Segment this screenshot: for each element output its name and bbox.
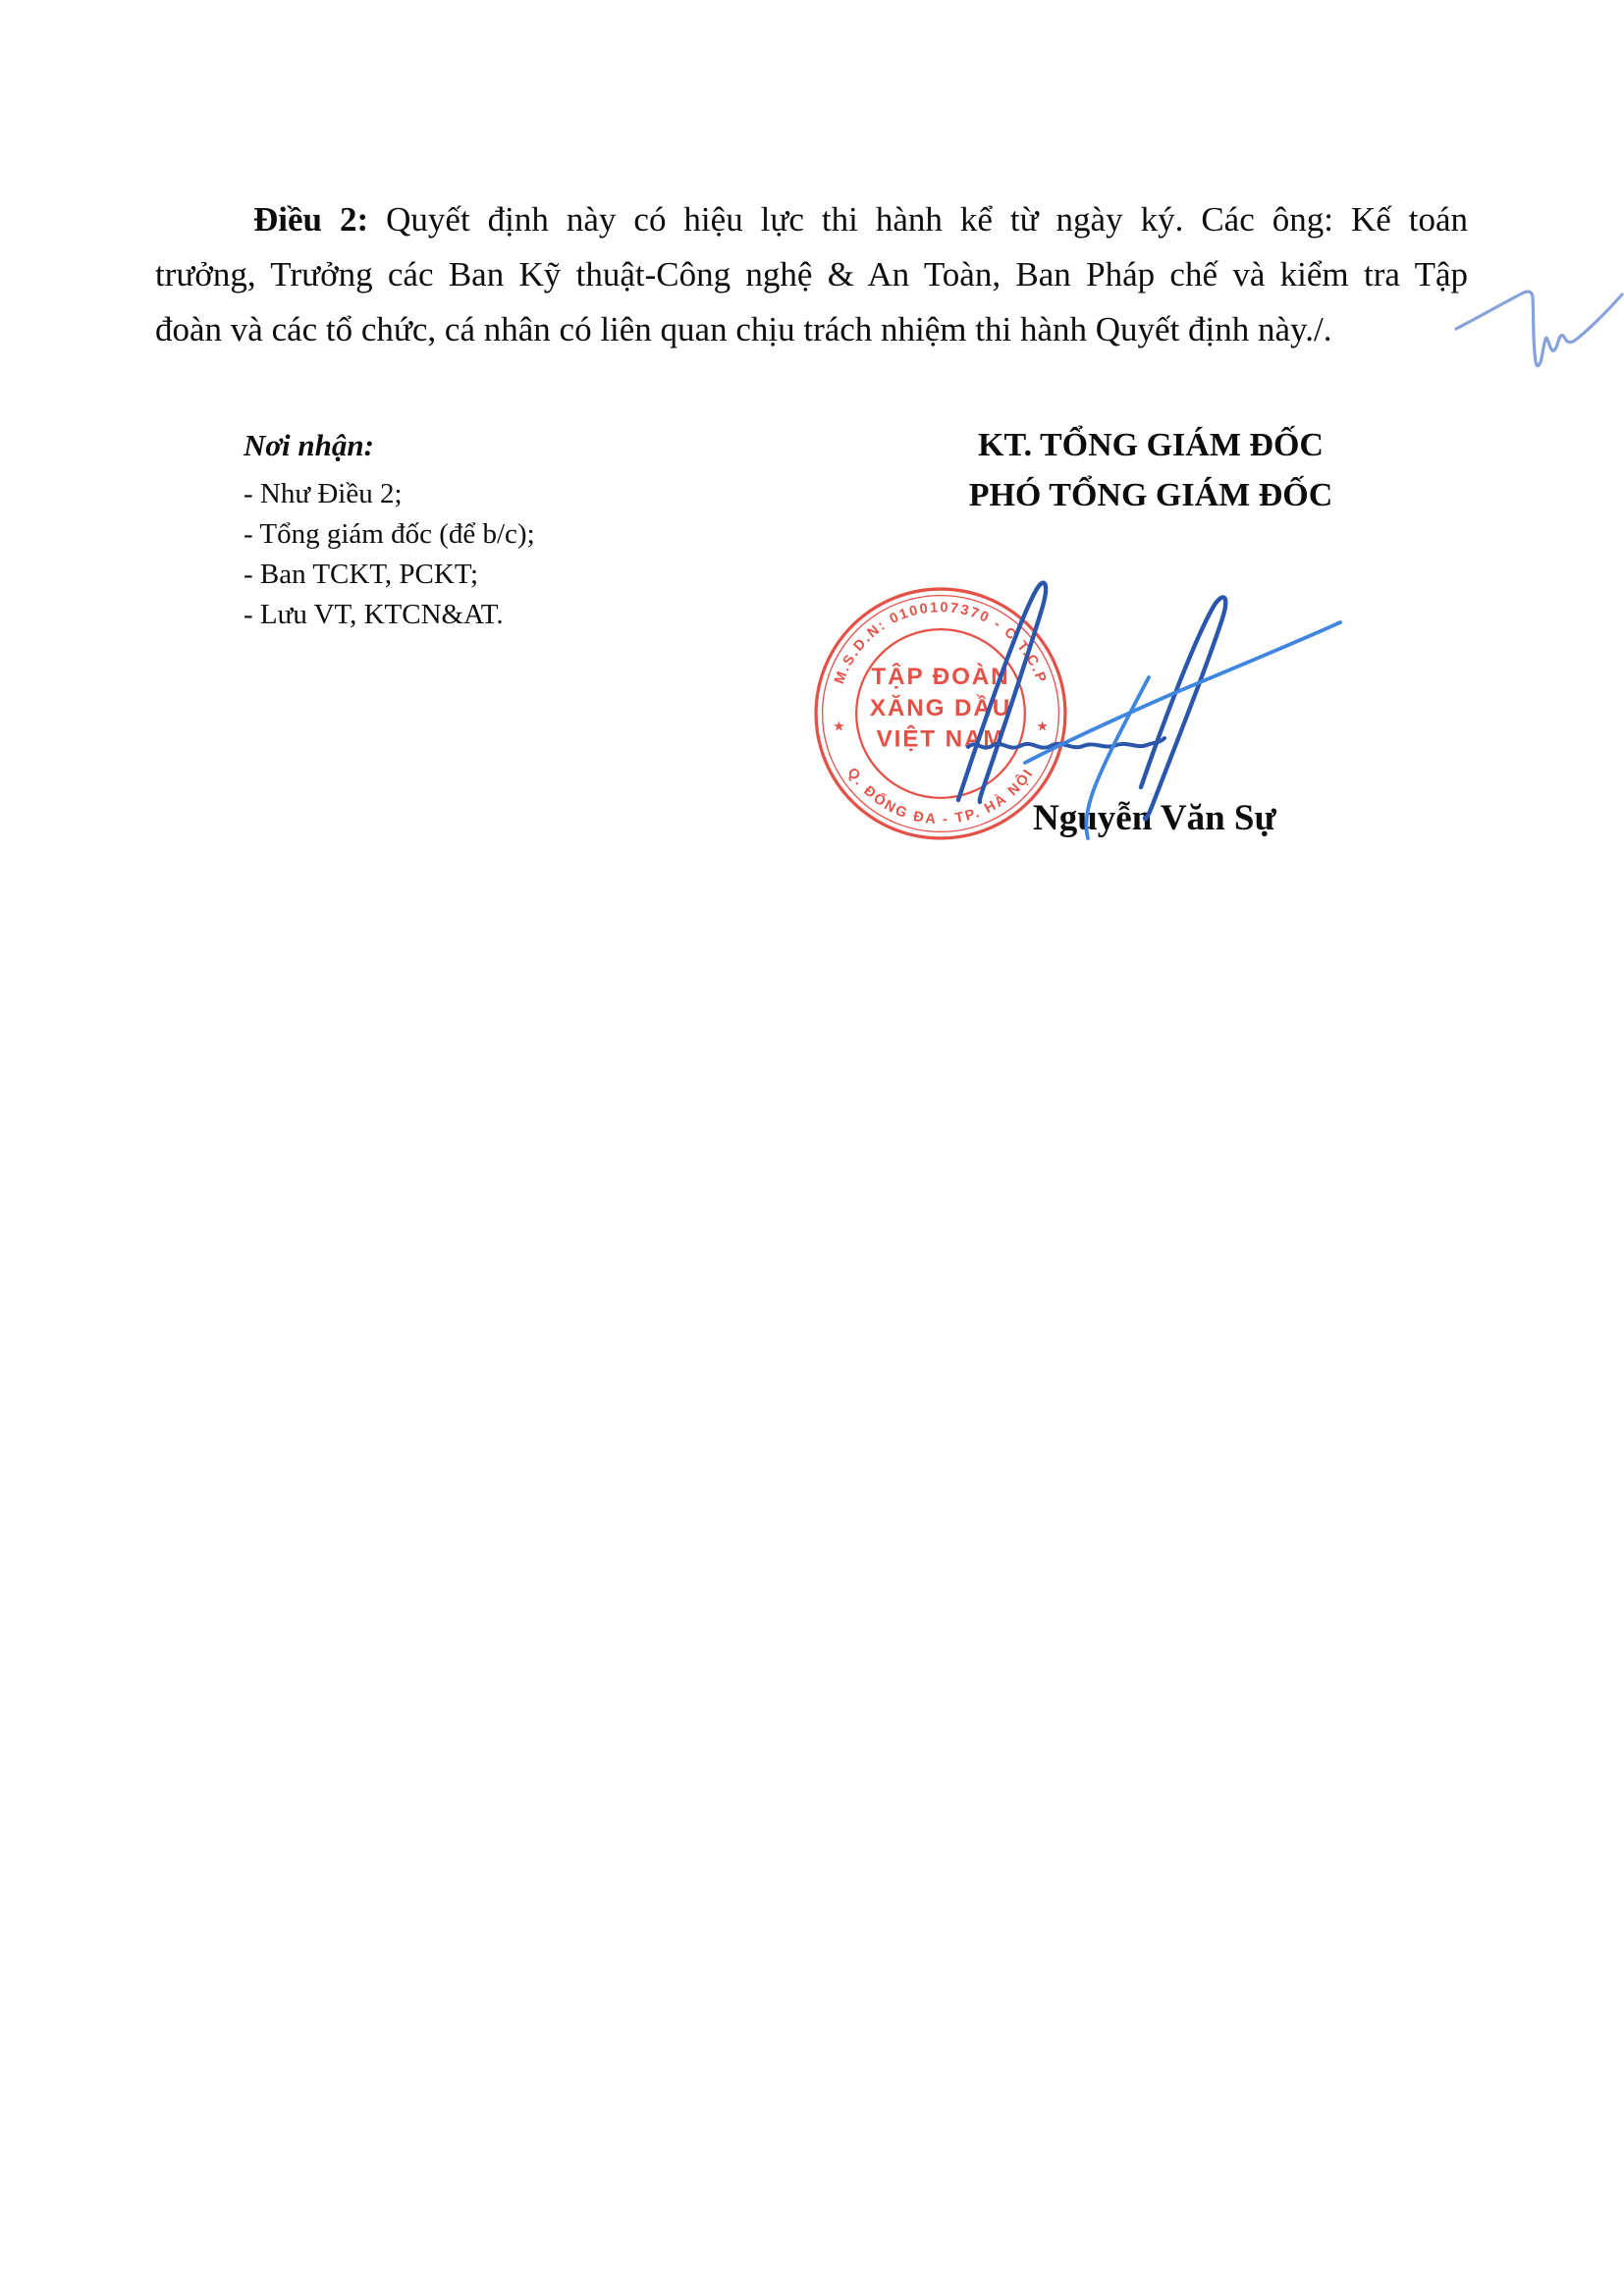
paragraph-line-1: Điều 2: Quyết định này có hiệu lực thi h… bbox=[155, 192, 1468, 247]
signer-signature bbox=[923, 550, 1394, 854]
signature-diagonal-icon bbox=[1025, 622, 1340, 763]
recipients-heading: Nơi nhận: bbox=[244, 425, 535, 465]
body-paragraph: Điều 2: Quyết định này có hiệu lực thi h… bbox=[155, 192, 1468, 357]
recipients-item: - Ban TCKT, PCKT; bbox=[244, 555, 535, 595]
signature-descender-icon bbox=[1086, 677, 1149, 838]
stamp-star-left-icon: ★ bbox=[833, 719, 845, 734]
paragraph-line-2: trưởng, Trưởng các Ban Kỹ thuật-Công ngh… bbox=[155, 247, 1468, 302]
signature-right-loop-icon bbox=[1141, 597, 1225, 819]
document-page: Điều 2: Quyết định này có hiệu lực thi h… bbox=[0, 0, 1624, 2296]
signature-title-line1: KT. TỔNG GIÁM ĐỐC bbox=[954, 420, 1347, 470]
recipients-item: - Như Điều 2; bbox=[244, 474, 535, 514]
paragraph-line-3: đoàn và các tổ chức, cá nhân có liên qua… bbox=[155, 302, 1468, 357]
article-lead: Điều 2: bbox=[253, 200, 368, 239]
signature-left-loop-icon bbox=[958, 583, 1046, 802]
paraph-mark bbox=[1443, 283, 1624, 381]
paragraph-line-1-text: Quyết định này có hiệu lực thi hành kể t… bbox=[368, 200, 1468, 239]
recipients-item: - Lưu VT, KTCN&AT. bbox=[244, 595, 535, 635]
signature-title-block: KT. TỔNG GIÁM ĐỐC PHÓ TỔNG GIÁM ĐỐC bbox=[954, 420, 1347, 520]
signature-title-line2: PHÓ TỔNG GIÁM ĐỐC bbox=[954, 470, 1347, 520]
paraph-stroke-icon bbox=[1456, 292, 1622, 366]
recipients-item: - Tổng giám đốc (để b/c); bbox=[244, 514, 535, 555]
recipients-block: Nơi nhận: - Như Điều 2; - Tổng giám đốc … bbox=[244, 425, 535, 635]
